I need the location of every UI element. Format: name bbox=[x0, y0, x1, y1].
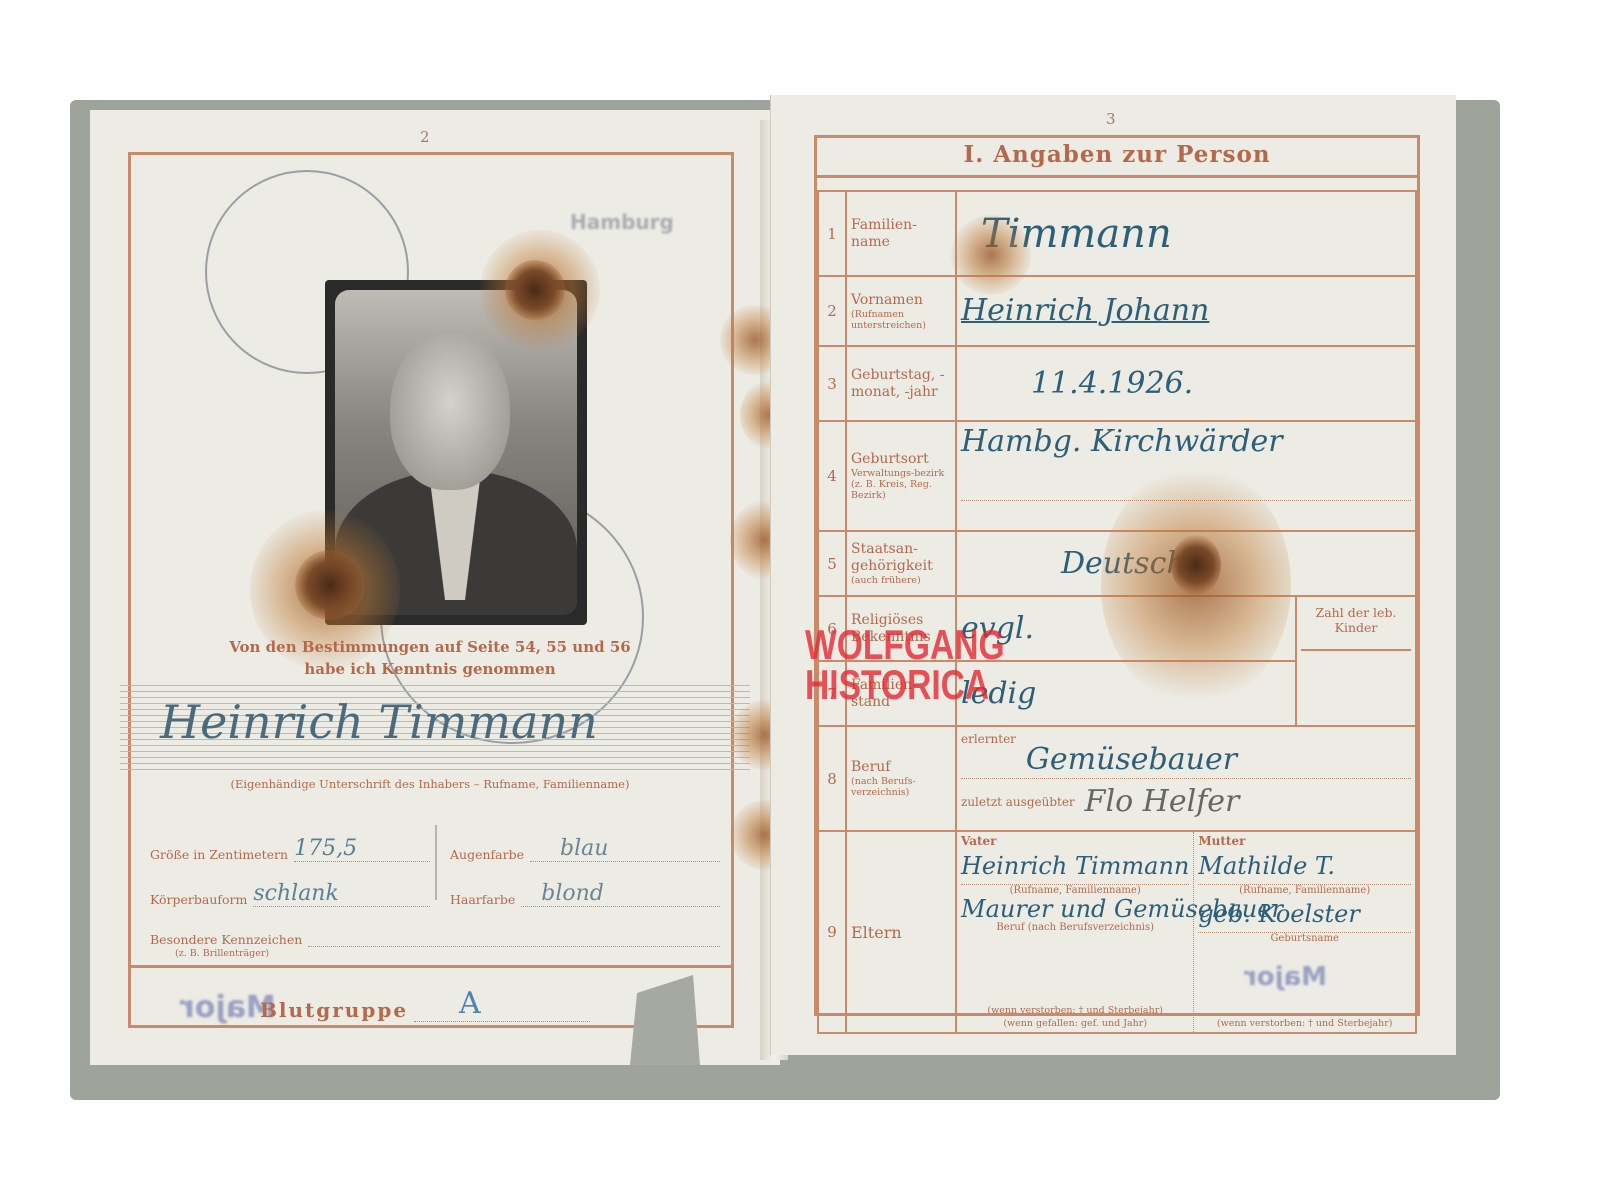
height-value: 175,5 bbox=[294, 836, 357, 861]
father-label: Vater bbox=[961, 834, 1189, 848]
birthdate-field[interactable]: 11.4.1926. bbox=[956, 346, 1416, 421]
row-sublabel: Verwaltungs-bezirk (z. B. Kreis, Reg. Be… bbox=[851, 468, 951, 501]
watermark: WOLFGANG HISTORICA bbox=[805, 625, 1005, 705]
mother-birthname: geb. Koelster bbox=[1198, 896, 1411, 933]
row-label: Eltern bbox=[846, 831, 956, 1033]
blood-group-field: Blutgruppe A bbox=[260, 988, 590, 1022]
left-page: 2 Hamburg Von den Bestimmungen auf Seite… bbox=[90, 110, 780, 1065]
father-job: Maurer und Gemüsebauer bbox=[961, 896, 1161, 922]
table-row: 8 Beruf(nach Berufs-verzeichnis) erlernt… bbox=[818, 726, 1416, 831]
last-occupation-label: zuletzt ausgeübter bbox=[961, 795, 1075, 809]
row-sublabel: (auch frühere) bbox=[851, 575, 951, 586]
row-number: 9 bbox=[818, 831, 846, 1033]
major-stamp: Major bbox=[1244, 962, 1327, 992]
occupation-field[interactable]: erlernter Gemüsebauer zuletzt ausgeübter… bbox=[956, 726, 1416, 831]
hair-color-label: Haarfarbe bbox=[450, 892, 515, 907]
children-field[interactable]: Zahl der leb. Kinder bbox=[1296, 596, 1416, 726]
row-label: Geburtsort bbox=[851, 451, 929, 467]
first-names-value: Heinrich Johann bbox=[961, 293, 1209, 328]
hamburg-stamp: Hamburg bbox=[570, 210, 674, 234]
eye-color-value: blau bbox=[560, 836, 608, 861]
row-number: 3 bbox=[818, 346, 846, 421]
signature-caption: (Eigenhändige Unterschrift des Inhabers … bbox=[130, 777, 730, 791]
mother-birthname-caption: Geburtsname bbox=[1198, 933, 1411, 944]
row-label: Vornamen bbox=[851, 292, 923, 308]
table-row: 9 Eltern Vater Heinrich Timmann (Rufname… bbox=[818, 831, 1416, 1033]
learned-occupation-label: erlernter bbox=[961, 732, 1016, 746]
mother-section: Mutter Mathilde T. (Rufname, Familiennam… bbox=[1194, 832, 1415, 1032]
first-names-field[interactable]: Heinrich Johann bbox=[956, 276, 1416, 346]
marks-label: Besondere Kennzeichen bbox=[150, 932, 302, 947]
row-number: 5 bbox=[818, 531, 846, 596]
height-label: Größe in Zentimetern bbox=[150, 847, 288, 862]
height-field: Größe in Zentimetern 175,5 bbox=[150, 830, 430, 862]
children-label: Zahl der leb. Kinder bbox=[1301, 599, 1411, 635]
marks-sub: (z. B. Brillenträger) bbox=[175, 948, 269, 959]
hair-color-field: Haarfarbe blond bbox=[450, 875, 720, 907]
father-death-caption: (wenn verstorben: † und Sterbejahr) bbox=[957, 1005, 1193, 1016]
parents-field[interactable]: Vater Heinrich Timmann (Rufname, Familie… bbox=[956, 831, 1416, 1033]
row-number: 2 bbox=[818, 276, 846, 346]
build-field: Körperbauform schlank bbox=[150, 875, 430, 907]
eye-color-field: Augenfarbe blau bbox=[450, 830, 720, 862]
father-fallen-caption: (wenn gefallen: gef. und Jahr) bbox=[957, 1018, 1193, 1029]
birthplace-value: Hambg. Kirchwärder bbox=[961, 424, 1283, 459]
learned-occupation-value: Gemüsebauer bbox=[1026, 742, 1237, 778]
table-row: 1 Familien-name Timmann bbox=[818, 191, 1416, 276]
mother-name: Mathilde T. bbox=[1198, 848, 1411, 885]
row-label: Geburtstag, -monat, -jahr bbox=[846, 346, 956, 421]
page-number-left: 2 bbox=[420, 128, 430, 146]
table-row: 2 Vornamen(Rufnamen unterstreichen) Hein… bbox=[818, 276, 1416, 346]
marks-value bbox=[308, 946, 720, 947]
father-section: Vater Heinrich Timmann (Rufname, Familie… bbox=[957, 832, 1194, 1032]
row-label: Staatsan-gehörigkeit bbox=[851, 541, 933, 574]
children-value bbox=[1301, 649, 1411, 651]
build-value: schlank bbox=[253, 881, 338, 906]
table-row: 4 GeburtsortVerwaltungs-bezirk (z. B. Kr… bbox=[818, 421, 1416, 531]
father-job-caption: Beruf (nach Berufsverzeichnis) bbox=[961, 922, 1189, 933]
row-number: 8 bbox=[818, 726, 846, 831]
mother-name-caption: (Rufname, Familienname) bbox=[1198, 885, 1411, 896]
birthdate-value: 11.4.1926. bbox=[1031, 366, 1193, 401]
blood-group-value: A bbox=[459, 986, 481, 1021]
notice-line-1: Von den Bestimmungen auf Seite 54, 55 un… bbox=[130, 638, 730, 656]
right-page: 3 I. Angaben zur Person 1 Familien-name … bbox=[770, 95, 1456, 1055]
row-label: Beruf bbox=[851, 759, 890, 775]
notice-line-2: habe ich Kenntnis genommen bbox=[130, 660, 730, 678]
row-number: 1 bbox=[818, 191, 846, 276]
blood-group-label: Blutgruppe bbox=[260, 998, 408, 1022]
row-sublabel: (nach Berufs-verzeichnis) bbox=[851, 776, 951, 798]
staple-hole bbox=[505, 260, 565, 320]
build-label: Körperbauform bbox=[150, 892, 247, 907]
last-occupation-value: Flo Helfer bbox=[1085, 784, 1240, 820]
marks-field: Besondere Kennzeichen bbox=[150, 925, 720, 947]
holder-signature: Heinrich Timmann bbox=[160, 695, 598, 749]
father-name: Heinrich Timmann bbox=[961, 848, 1189, 885]
wehrpass-booklet: 2 Hamburg Von den Bestimmungen auf Seite… bbox=[70, 80, 1500, 1100]
mother-label: Mutter bbox=[1198, 834, 1411, 848]
hair-color-value: blond bbox=[541, 881, 604, 906]
row-label: Familien-name bbox=[846, 191, 956, 276]
section-title: I. Angaben zur Person bbox=[817, 141, 1417, 168]
page-number-right: 3 bbox=[1106, 110, 1116, 128]
row-sublabel: (Rufnamen unterstreichen) bbox=[851, 309, 951, 331]
table-row: 3 Geburtstag, -monat, -jahr 11.4.1926. bbox=[818, 346, 1416, 421]
row-number: 4 bbox=[818, 421, 846, 531]
eye-color-label: Augenfarbe bbox=[450, 847, 524, 862]
staple-hole bbox=[295, 550, 365, 620]
mother-death-caption: (wenn verstorben: † und Sterbejahr) bbox=[1194, 1018, 1415, 1029]
